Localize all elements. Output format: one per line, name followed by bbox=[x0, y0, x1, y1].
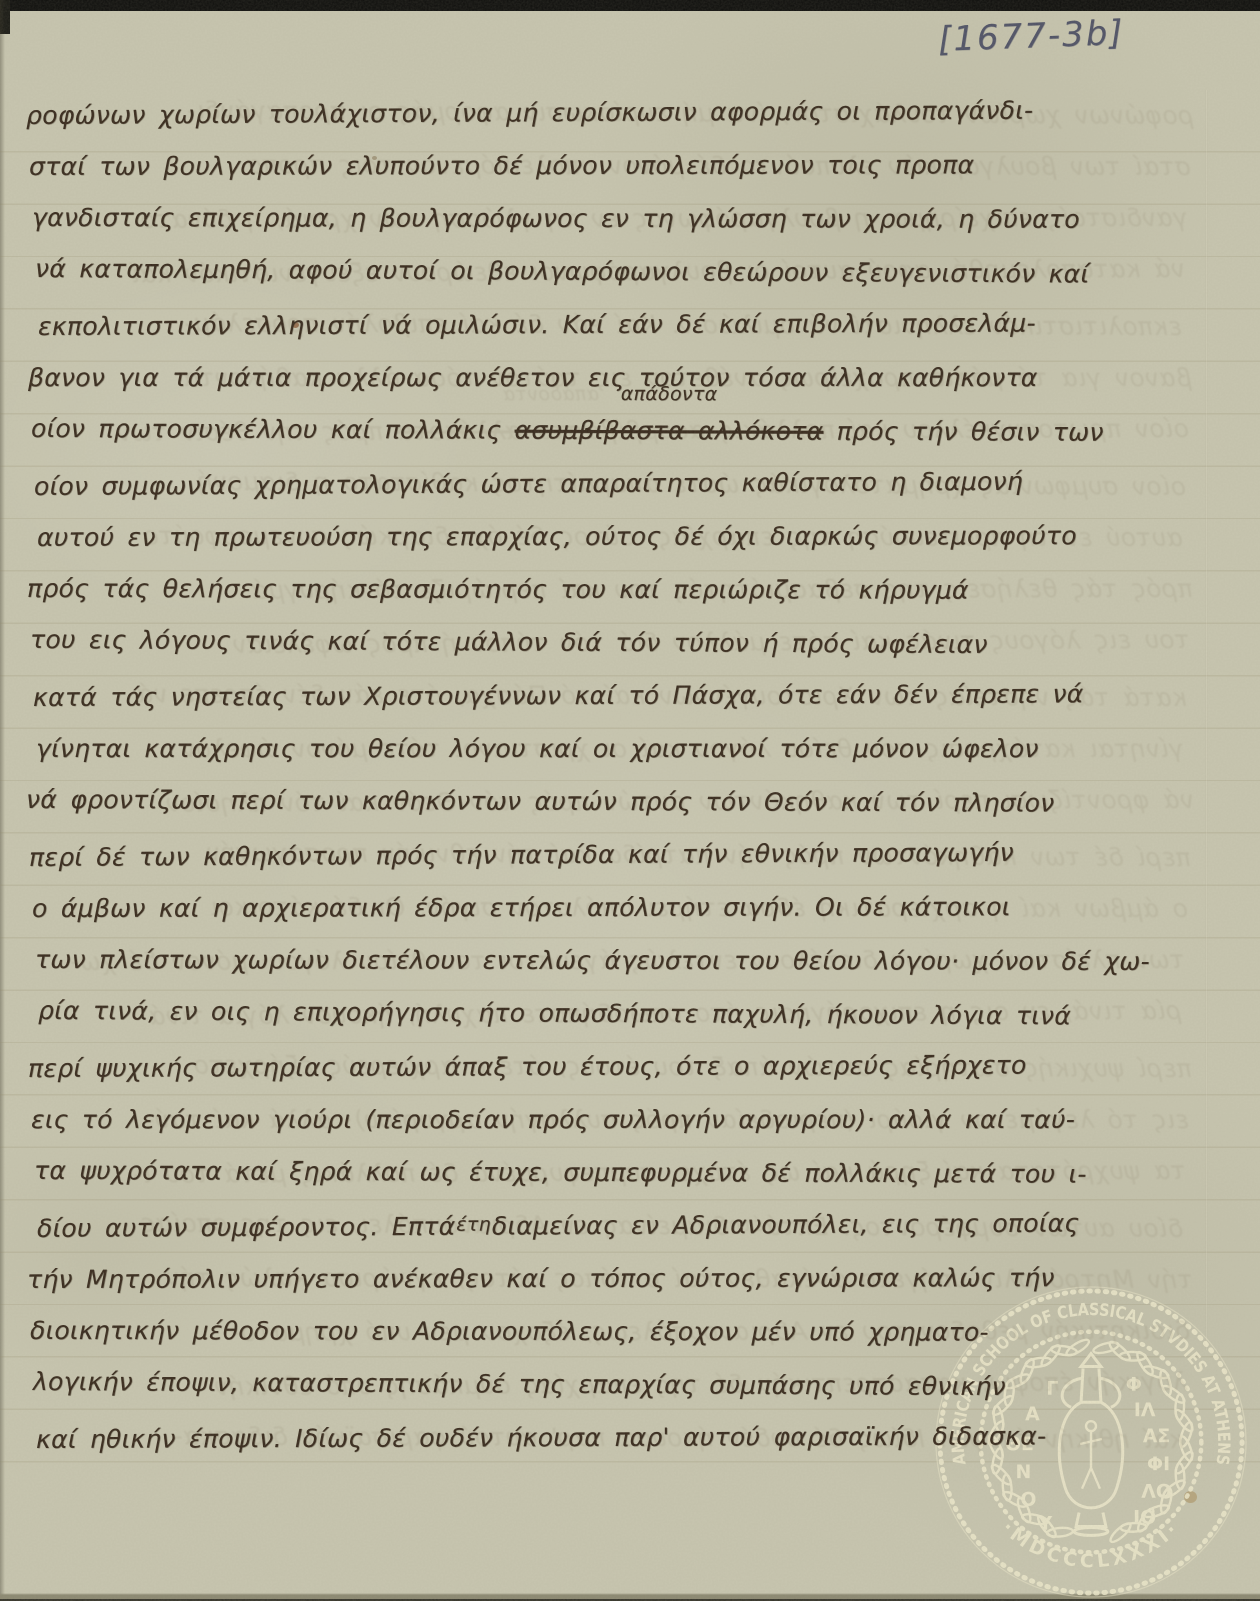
manuscript-page: [1677-3b] AMERICAN SCHOOL OF CLASSICAL S… bbox=[0, 0, 1260, 1601]
manuscript-line: πρός τάς θελήσεις της σεβασμιότητός του … bbox=[27, 562, 1178, 617]
svg-text:ΙΟ: ΙΟ bbox=[1133, 1506, 1156, 1528]
scan-edge-left bbox=[0, 0, 5, 1601]
scan-edge-top bbox=[0, 0, 1260, 11]
struck-text: ασυμβίβαστα αλλόκοτα bbox=[515, 416, 824, 446]
manuscript-line: περί δέ των καθηκόντων πρός τήν πατρίδα … bbox=[29, 825, 1178, 884]
manuscript-line: περί ψυχικής σωτηρίας αυτών άπαξ του έτο… bbox=[28, 1038, 1178, 1095]
manuscript-line: βανον για τά μάτια προχείρως ανέθετον ει… bbox=[28, 351, 1178, 404]
interlinear-insertion: απάδοντα bbox=[621, 385, 718, 404]
manuscript-line: οίον συμφωνίας χρηματολογικάς ώστε απαρα… bbox=[34, 454, 1178, 513]
manuscript-line: νά καταπολεμηθή, αφού αυτοί οι βουλγαρόφ… bbox=[35, 242, 1178, 301]
manuscript-line: ρία τινά, εν οις η επιχορήγησις ήτο οπωσ… bbox=[38, 984, 1178, 1043]
manuscript-line: τήν Μητρόπολιν υπήγετο ανέκαθεν καί ο τό… bbox=[27, 1251, 1178, 1306]
manuscript-line: γανδισταίς επιχείρημα, η βουλγαρόφωνος ε… bbox=[32, 191, 1178, 246]
manuscript-line: δίου αυτών συμφέροντος. Επτά έτη διαμείν… bbox=[37, 1196, 1178, 1255]
manuscript-line: εκπολιτιστικόν ελληνιστί νά ομιλώσιν. Κα… bbox=[38, 296, 1178, 353]
text-correction: ασυμβίβαστα αλλόκοτααπάδοντα bbox=[514, 404, 823, 458]
manuscript-line: σταί των βουλγαρικών ελυπούντο δέ μόνον … bbox=[29, 138, 1178, 193]
manuscript-line: των πλείστων χωρίων διετέλουν εντελώς άγ… bbox=[35, 933, 1178, 988]
manuscript-line: τα ψυχρότατα καί ξηρά καί ως έτυχε, συμπ… bbox=[34, 1144, 1178, 1201]
manuscript-line: κατά τάς νηστείας των Χριστουγέννων καί … bbox=[33, 667, 1178, 724]
manuscript-line: νά φροντίζωσι περί των καθηκόντων αυτών … bbox=[26, 773, 1178, 830]
manuscript-line: λογικήν έποψιν, καταστρεπτικήν δέ της επ… bbox=[33, 1355, 1178, 1414]
manuscript-line: οίον πρωτοσυγκέλλου καί πολλάκις ασυμβίβ… bbox=[31, 402, 1178, 459]
manuscript-line: ο άμβων καί η αρχιερατική έδρα ετήρει απ… bbox=[32, 880, 1178, 935]
manuscript-line: ροφώνων χωρίων τουλάχιστον, ίνα μή ευρίσ… bbox=[26, 83, 1178, 142]
manuscript-line: καί ηθικήν έποψιν. Ιδίως δέ ουδέν ήκουσα… bbox=[36, 1409, 1178, 1466]
svg-text:ΛΟ: ΛΟ bbox=[1141, 1481, 1172, 1503]
manuscript-line: εις τό λεγόμενον γιούρι (περιοδείαν πρός… bbox=[31, 1093, 1178, 1146]
manuscript-line: του εις λόγους τινάς καί τότε μάλλον διά… bbox=[30, 613, 1178, 672]
paper-crease bbox=[1205, 90, 1208, 1350]
manuscript-line: διοικητικήν μέθοδον του εν Αδριανουπόλεω… bbox=[30, 1304, 1178, 1359]
handwritten-text-layer: ροφώνων χωρίων τουλάχιστον, ίνα μή ευρίσ… bbox=[28, 86, 1178, 1464]
manuscript-line: γίνηται κατάχρησις του θείου λόγου καί ο… bbox=[36, 722, 1178, 775]
svg-text:Ο: Ο bbox=[1020, 1489, 1036, 1511]
archival-number: [1677-3b] bbox=[937, 12, 1148, 60]
interlinear-insertion: έτη bbox=[456, 1216, 491, 1235]
manuscript-line: αυτού εν τη πρωτευούση της επαρχίας, ούτ… bbox=[37, 509, 1178, 564]
svg-text:Υ: Υ bbox=[1037, 1512, 1052, 1534]
